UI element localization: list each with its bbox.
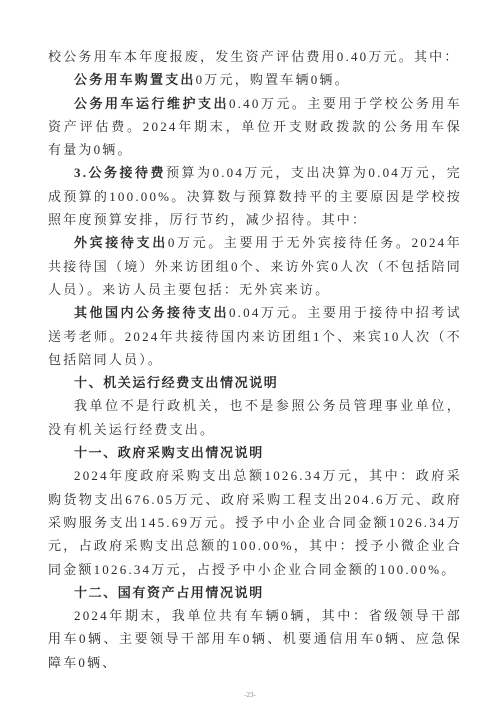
text-run: 公务用车运行维护支出 (74, 96, 229, 111)
text-run: 校公务用车本年度报废，发生资产评估费用0.40万元。其中： (48, 49, 460, 64)
section-heading: 十二、国有资产占用情况说明 (48, 581, 462, 604)
text-run: 我单位不是行政机关，也不是参照公务员管理事业单位，没有机关运行经费支出。 (48, 398, 462, 436)
text-run: 2024年期末，我单位共有车辆0辆，其中：省级领导干部用车0辆、主要领导干部用车… (48, 608, 462, 670)
paragraph: 公务用车购置支出0万元，购置车辆0辆。 (48, 68, 462, 91)
text-run: 十、机关运行经费支出情况说明 (74, 375, 278, 390)
paragraph: 3.公务接待费预算为0.04万元，支出决算为0.04万元，完成预算的100.00… (48, 161, 462, 231)
text-run: 2024年度政府采购支出总额1026.34万元，其中：政府采购货物支出676.0… (48, 468, 462, 576)
paragraph: 2024年度政府采购支出总额1026.34万元，其中：政府采购货物支出676.0… (48, 464, 462, 580)
section-heading: 十一、政府采购支出情况说明 (48, 441, 462, 464)
paragraph: 2024年期末，我单位共有车辆0辆，其中：省级领导干部用车0辆、主要领导干部用车… (48, 604, 462, 674)
paragraph: 其他国内公务接待支出0.04万元。主要用于接待中招考试送考老师。2024年共接待… (48, 301, 462, 371)
section-heading: 十、机关运行经费支出情况说明 (48, 371, 462, 394)
document-page: 校公务用车本年度报废，发生资产评估费用0.40万元。其中：公务用车购置支出0万元… (0, 0, 500, 708)
document-body: 校公务用车本年度报废，发生资产评估费用0.40万元。其中：公务用车购置支出0万元… (48, 45, 462, 674)
text-run: 其他国内公务接待支出 (74, 305, 229, 320)
text-run: 十一、政府采购支出情况说明 (74, 445, 264, 460)
text-run: 外宾接待支出 (74, 235, 168, 250)
paragraph: 校公务用车本年度报废，发生资产评估费用0.40万元。其中： (48, 45, 462, 68)
text-run: 十二、国有资产占用情况说明 (74, 585, 264, 600)
text-run: 公务用车购置支出 (74, 72, 196, 87)
paragraph: 我单位不是行政机关，也不是参照公务员管理事业单位，没有机关运行经费支出。 (48, 394, 462, 441)
text-run: 0万元，购置车辆0辆。 (196, 72, 350, 87)
text-run: 3.公务接待费 (74, 165, 166, 180)
paragraph: 公务用车运行维护支出0.40万元。主要用于学校公务用车资产评估费。2024年期末… (48, 92, 462, 162)
paragraph: 外宾接待支出0万元。主要用于无外宾接待任务。2024年共接待国（境）外来访团组0… (48, 231, 462, 301)
page-number: -23- (0, 691, 500, 699)
